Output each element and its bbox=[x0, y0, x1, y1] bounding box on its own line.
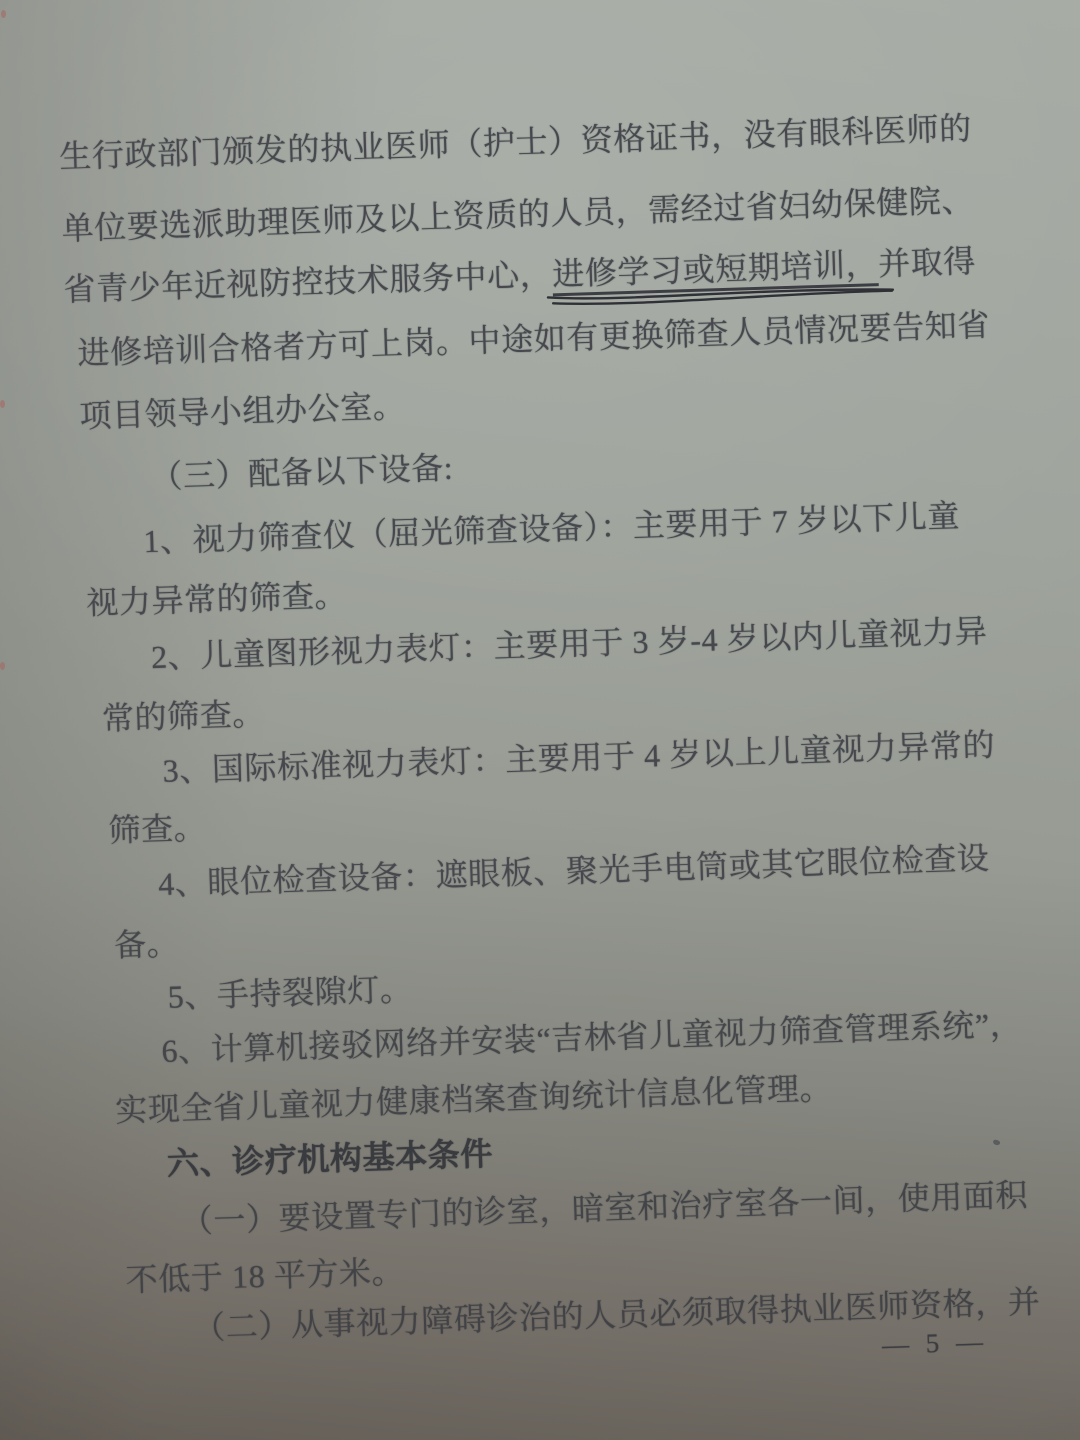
text-line: 进修培训合格者方可上岗。中途如有更换筛查人员情况要告知省 bbox=[65, 303, 1022, 375]
text-line: （三）配备以下设备: bbox=[69, 429, 1026, 501]
line-segment: 省青少年近视防控技术服务中心， bbox=[63, 256, 553, 307]
document-photo: 生行政部门颁发的执业医师（护士）资格证书，没有眼科医师的 单位要选派助理医师及以… bbox=[0, 0, 1080, 1440]
text-line: 省青少年近视防控技术服务中心，进修学习或短期培训，并取得 bbox=[63, 239, 1020, 311]
document-page: 生行政部门颁发的执业医师（护士）资格证书，没有眼科医师的 单位要选派助理医师及以… bbox=[58, 100, 1015, 1438]
photo-artifact bbox=[0, 662, 5, 670]
text-line: 1、视力筛查仪（屈光筛查设备）：主要用于 7 岁以下儿童 bbox=[71, 493, 1028, 565]
photo-artifact bbox=[0, 400, 5, 408]
text-line: 单位要选派助理医师及以上资质的人员，需经过省妇幼保健院、 bbox=[61, 178, 1018, 250]
line-segment: 并取得 bbox=[878, 243, 977, 282]
text-line: 生行政部门颁发的执业医师（护士）资格证书，没有眼科医师的 bbox=[59, 106, 1016, 178]
text-line: 项目领导小组办公室。 bbox=[67, 366, 1024, 438]
underlined-phrase: 进修学习或短期培训， bbox=[552, 246, 879, 296]
photo-artifact bbox=[1, 10, 6, 18]
page-number: — 5 — bbox=[881, 1326, 988, 1361]
